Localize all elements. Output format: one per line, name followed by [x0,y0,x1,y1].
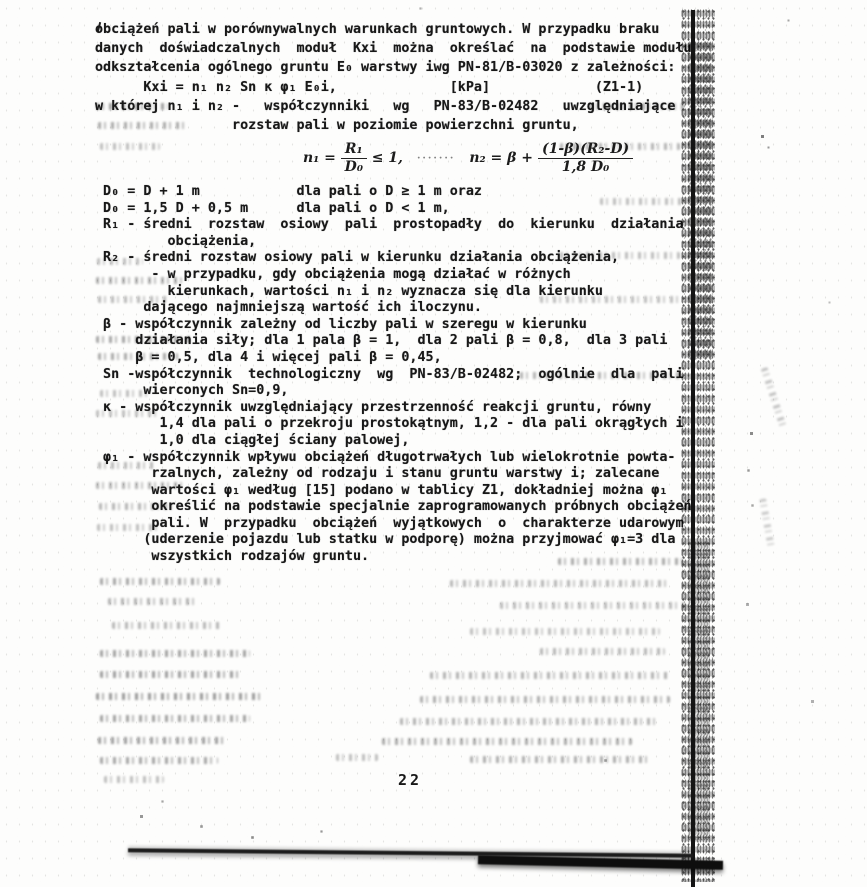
bleed-through-line [430,672,670,679]
bleed-through-line [470,756,650,763]
bleed-through-line [100,671,240,678]
text-line: 1,4 dla pali o przekroju prostokątnym, 1… [95,416,710,433]
bleed-through-line [98,737,228,744]
ink-smudge [96,277,182,284]
bleed-through-line [104,776,164,783]
fraction-n1: R₁ D₀ [341,142,367,174]
text-line: Kxi = n₁ n₂ Sn κ φ₁ E₀i, [kPa] (Z1-1) [95,78,710,97]
bleed-through-line [759,498,775,548]
ink-smudge [96,336,192,343]
bleed-through-line [540,648,665,655]
ink-smudge [100,390,150,397]
ink-smudge [99,503,175,510]
ink-smudge [98,353,178,360]
ink-smudge [560,143,680,150]
bleed-through-line [558,558,688,565]
ink-smudge [98,462,156,469]
fraction-n1-numerator: R₁ [341,142,367,159]
bleed-through-line [100,650,250,657]
bleed-through-line [420,696,670,703]
bleed-through-line [100,757,218,764]
text-line: φ₁ - współczynnik wpływu obciążeń długot… [95,450,710,467]
ink-smudge [600,198,686,205]
ink-smudge [97,258,143,265]
text-line: obciążeń pali w porównywalnych warunkach… [95,20,710,39]
bleed-through-line [382,738,632,745]
bleed-through-line [470,628,660,635]
text-line: odkształcenia ogólnego gruntu E₀ warstwy… [95,58,710,77]
bleed-through-line [112,622,222,629]
text-line: pali. W przypadku obciążeń wyjątkowych o… [95,516,710,533]
fraction-n1-denominator: D₀ [345,159,363,175]
intro-paragraph: obciążeń pali w porównywalnych warunkach… [95,20,710,135]
equation-row: n₁ = R₁ D₀ ≤ 1, ······· n₂ = β + (1-β)(R… [303,134,638,182]
bleed-through-line [336,754,378,761]
text-line: - w przypadku, gdy obciążenia mogą dział… [95,267,710,284]
ink-smudge [560,252,680,259]
bleed-through-line [100,578,220,585]
ink-smudge [100,143,160,150]
text-line: rzalnych, zależny od rodzaju i stanu gru… [95,466,710,483]
ink-smudge [96,410,158,417]
equation-n2-lhs: n₂ = β + [469,150,533,166]
page-number: 22 [398,771,422,789]
text-line: κ - współczynnik uwzględniający przestrz… [95,400,710,417]
bleed-through-line [450,580,670,587]
text-line: 1,0 dla ciągłej ściany palowej, [95,433,710,450]
text-line: danych doświadczalnych moduł Kxi można o… [95,39,710,58]
text-line: wierconych Sn=0,9, [95,383,710,400]
ink-smudge [96,103,168,110]
bleed-through-line [100,715,250,722]
equation-n1-condition: ≤ 1, [372,150,403,166]
bleed-through-line [761,367,787,430]
page-bottom-edge [128,848,693,857]
equation-n1-lhs: n₁ = [303,150,336,166]
text-line: β = 0,5, dla 4 i więcej pali β = 0,45, [95,350,710,367]
bleed-through-line [96,693,264,700]
text-line: wartości φ₁ według [15] podano w tablicy… [95,483,710,500]
text-line: R₁ - średni rozstaw osiowy pali prostopa… [95,217,710,234]
ink-smudge [98,122,188,129]
book-spine-line [691,10,695,887]
ink-smudge [540,296,680,303]
bleed-through-line [108,598,198,605]
bleed-through-line [400,718,658,725]
ink-smudge [96,482,184,489]
ink-smudge [590,103,686,110]
scanned-document-page: obciążeń pali w porównywalnych warunkach… [0,0,867,887]
ink-smudge [520,372,680,379]
text-line: określić na podstawie specjalnie zaprogr… [95,499,710,516]
scan-specks [0,0,1,1]
equation-separator-dots: ······· [417,153,455,164]
ink-smudge [98,296,168,303]
fraction-n2-denominator: 1,8 D₀ [562,159,610,175]
text-line: obciążenia, [95,234,710,251]
ink-smudge [97,524,157,531]
bleed-through-line [500,602,685,609]
text-line: β - współczynnik zależny od liczby pali … [95,317,710,334]
equation-n1: n₁ = R₁ D₀ ≤ 1, [303,142,403,174]
text-line: (uderzenie pojazdu lub statku w podporę)… [95,532,710,549]
